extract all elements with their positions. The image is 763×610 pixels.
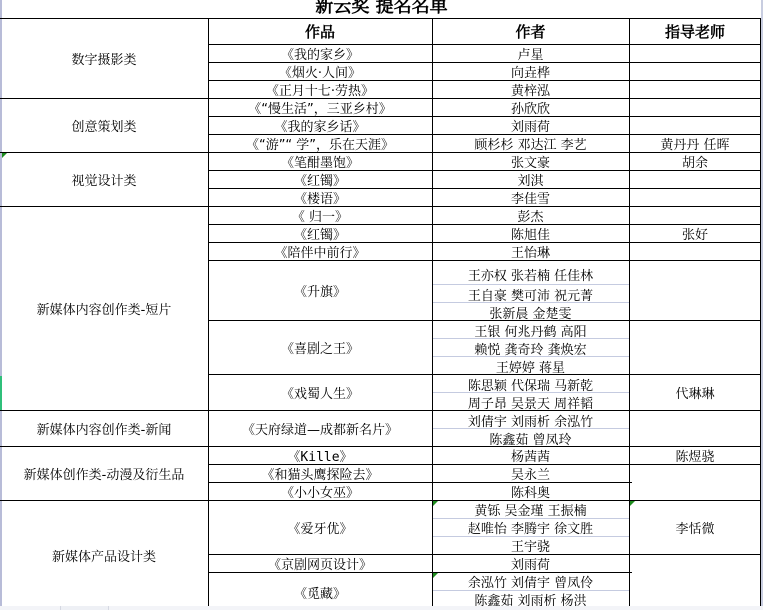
author-cell[interactable]: 赖悦 龚奇玲 龚焕宏 <box>432 339 629 357</box>
subrow-line <box>433 392 629 393</box>
category-cell[interactable]: 数字摄影类 <box>0 18 208 98</box>
subrow-line <box>433 518 629 519</box>
author-cell[interactable]: 黄梓泓 <box>432 80 629 98</box>
subrow-line <box>433 428 629 429</box>
work-cell[interactable]: 《和猫头鹰探险去》 <box>208 464 432 482</box>
author-cell[interactable]: 王亦权 张若楠 任佳林 <box>432 264 629 284</box>
subrow-line <box>433 590 629 591</box>
work-cell[interactable]: 《Kille》 <box>208 446 432 464</box>
work-cell[interactable]: 《 归一》 <box>208 206 432 224</box>
author-cell[interactable]: 王自豪 樊可沛 祝元菁 <box>432 285 629 303</box>
grid-line <box>0 206 761 207</box>
author-cell[interactable]: 张新晨 金楚雯 <box>432 303 629 321</box>
spreadsheet: 新云奖 提名名单 作品 作者 指导老师 数字摄影类 创意策划类 视觉设计类 新媒… <box>0 0 763 606</box>
grid-line <box>0 152 761 153</box>
author-cell[interactable]: 黄铄 吴金瑾 王振楠 <box>432 500 629 518</box>
author-cell[interactable]: 杨茜茜 <box>432 446 629 464</box>
author-cell[interactable]: 张文豪 <box>432 152 629 170</box>
subrow-line <box>433 338 629 339</box>
advisor-cell[interactable]: 胡余 <box>629 152 761 170</box>
advisor-cell[interactable] <box>629 44 761 62</box>
sheet-tab[interactable] <box>0 606 61 610</box>
author-cell[interactable]: 刘雨荷 <box>432 116 629 134</box>
advisor-cell[interactable] <box>629 62 761 80</box>
work-cell[interactable]: 《楼语》 <box>208 188 432 206</box>
work-cell[interactable]: 《“慢生活”，三亚乡村》 <box>208 98 432 116</box>
subrow-line <box>433 284 629 285</box>
header-author[interactable]: 作者 <box>432 18 629 44</box>
header-advisor[interactable]: 指导老师 <box>629 18 761 44</box>
author-cell[interactable]: 顾杉杉 邓达江 李艺 <box>432 134 629 152</box>
sheet-title: 新云奖 提名名单 <box>0 0 763 18</box>
advisor-cell[interactable] <box>629 98 761 116</box>
author-cell[interactable]: 卢星 <box>432 44 629 62</box>
author-cell[interactable]: 刘雨荷 <box>432 554 629 572</box>
work-cell[interactable]: 《红镯》 <box>208 224 432 242</box>
author-cell[interactable]: 陈旭佳 <box>432 224 629 242</box>
category-cell[interactable]: 创意策划类 <box>0 98 208 152</box>
advisor-cell[interactable]: 李恬微 <box>629 500 761 554</box>
author-cell[interactable]: 刘淇 <box>432 170 629 188</box>
category-cell[interactable]: 新媒体内容创作类-新闻 <box>0 410 208 446</box>
grid-line <box>432 464 761 465</box>
author-cell[interactable]: 吴永兰 <box>432 464 629 482</box>
work-cell[interactable]: 《小小女巫》 <box>208 482 432 500</box>
author-cell[interactable]: 王宇骁 <box>432 536 629 554</box>
advisor-cell[interactable]: 张好 <box>629 224 761 242</box>
grid-line <box>208 374 761 375</box>
author-cell[interactable]: 余泓竹 刘倩宇 曾凤伶 <box>432 572 629 590</box>
grid-line <box>0 410 761 411</box>
grid-line <box>629 18 630 606</box>
author-cell[interactable]: 陈鑫茹 刘雨析 杨洪 <box>432 590 629 606</box>
author-cell[interactable]: 赵唯怡 李腾宇 徐文胜 <box>432 518 629 536</box>
author-cell[interactable]: 王银 何兆丹鹤 高阳 <box>432 321 629 339</box>
grid-line <box>208 260 761 261</box>
work-cell[interactable]: 《我的家乡话》 <box>208 116 432 134</box>
grid-line <box>208 18 209 606</box>
grid-line <box>760 18 761 606</box>
work-cell[interactable]: 《觅藏》 <box>208 572 432 606</box>
author-cell[interactable]: 陈鑫茹 曾凤玲 <box>432 429 629 447</box>
grid-line <box>208 188 761 189</box>
work-cell[interactable]: 《正月十七·劳热》 <box>208 80 432 98</box>
work-cell[interactable]: 《京剧网页设计》 <box>208 554 432 572</box>
subrow-line <box>433 356 629 357</box>
advisor-cell[interactable]: 黄丹丹 任晖 <box>629 134 761 152</box>
advisor-cell[interactable]: 代琳琳 <box>629 374 761 410</box>
advisor-cell[interactable]: 陈煜骁 <box>629 446 761 464</box>
author-cell[interactable]: 孙欣欣 <box>432 98 629 116</box>
work-cell[interactable]: 《爱牙优》 <box>208 500 432 554</box>
author-cell[interactable]: 刘倩宇 刘雨析 余泓竹 <box>432 411 629 429</box>
author-cell[interactable]: 彭杰 <box>432 206 629 224</box>
advisor-cell[interactable] <box>629 80 761 98</box>
grid-line <box>0 500 761 501</box>
author-cell[interactable]: 陈科奥 <box>432 482 629 500</box>
work-cell[interactable]: 《“游”“ 学”，乐在天涯》 <box>208 134 432 152</box>
author-cell[interactable]: 向垚桦 <box>432 62 629 80</box>
subrow-line <box>433 536 629 537</box>
cell-indicator-icon <box>433 573 438 578</box>
cell-indicator-icon <box>433 501 438 506</box>
category-cell[interactable]: 新媒体内容创作类-短片 <box>0 206 208 410</box>
cell-indicator-icon <box>630 501 635 506</box>
grid-line <box>208 80 761 81</box>
grid-line <box>208 44 761 45</box>
work-cell[interactable]: 《红镯》 <box>208 170 432 188</box>
grid-line <box>0 18 761 19</box>
author-cell[interactable]: 李佳雪 <box>432 188 629 206</box>
grid-line <box>208 242 761 243</box>
grid-line <box>208 116 761 117</box>
work-cell[interactable]: 《天府绿道—成都新名片》 <box>208 410 432 446</box>
author-cell[interactable]: 王婷婷 蒋星 <box>432 357 629 375</box>
grid-line <box>208 62 761 63</box>
work-cell[interactable]: 《戏蜀人生》 <box>208 374 432 410</box>
grid-line <box>208 554 761 555</box>
grid-line <box>208 224 761 225</box>
category-cell[interactable]: 视觉设计类 <box>0 152 208 206</box>
work-cell[interactable]: 《陪伴中前行》 <box>208 242 432 260</box>
header-work[interactable]: 作品 <box>208 18 432 44</box>
subrow-line <box>433 302 629 303</box>
grid-line <box>208 572 632 573</box>
author-cell[interactable]: 陈思颖 代保瑞 马新乾 <box>432 375 629 393</box>
category-cell[interactable]: 新媒体创作类-动漫及衍生品 <box>0 446 208 500</box>
work-cell[interactable]: 《升旗》 <box>208 260 432 320</box>
cell-indicator-icon <box>2 153 7 158</box>
category-cell[interactable]: 新媒体产品设计类 <box>0 500 208 606</box>
advisor-cell[interactable] <box>629 116 761 134</box>
grid-line <box>208 134 761 135</box>
work-cell[interactable]: 《喜剧之王》 <box>208 320 432 374</box>
grid-line <box>0 98 761 99</box>
grid-line <box>208 464 432 465</box>
grid-line <box>208 320 761 321</box>
work-cell[interactable]: 《烟火·人间》 <box>208 62 432 80</box>
grid-line <box>0 446 761 447</box>
work-cell[interactable]: 《我的家乡》 <box>208 44 432 62</box>
author-cell[interactable]: 王怡琳 <box>432 242 629 260</box>
author-cell[interactable]: 周子昂 吴景天 周祥韬 <box>432 393 629 411</box>
grid-line <box>208 170 761 171</box>
horizontal-scrollbar[interactable] <box>108 606 763 610</box>
work-cell[interactable]: 《笔酣墨饱》 <box>208 152 432 170</box>
grid-line <box>208 482 632 483</box>
